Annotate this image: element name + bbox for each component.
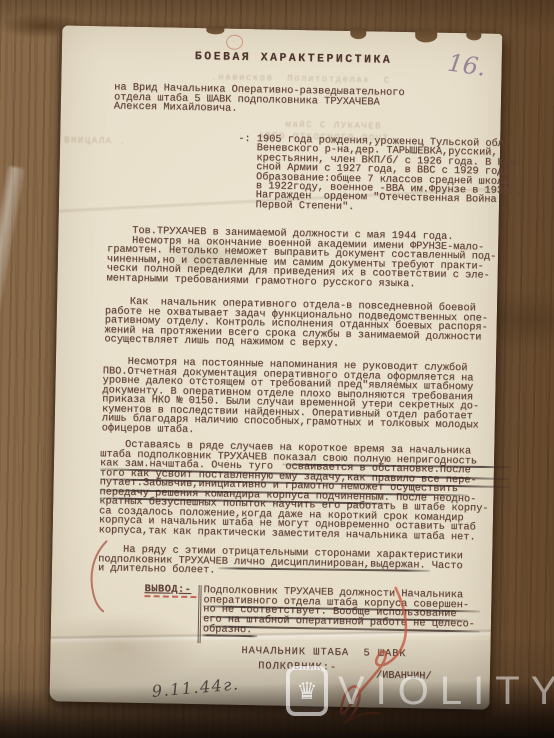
torn-edge-notch (415, 29, 437, 42)
watermark: ♛ VIOLITY (286, 666, 554, 716)
photo-of-document: 16. БОЕВАЯ ХАРАКТЕРИСТИКА .нависков Поли… (0, 0, 554, 738)
handwritten-date: 9.11.44г. (151, 674, 240, 700)
document-title: БОЕВАЯ ХАРАКТЕРИСТИКА (195, 52, 393, 65)
pen-underline (202, 634, 258, 637)
paragraph-3: Несмотря на постоянные напоминания не ру… (102, 357, 480, 440)
glass-strip (0, 166, 25, 317)
conclusion-label: ВЫВОД:- (144, 585, 191, 595)
paragraph-5: На ряду с этими отрицательными сторонами… (98, 545, 463, 580)
red-margin-mark (81, 538, 114, 615)
torn-edge-notch (206, 26, 224, 34)
red-dashed-underline (144, 595, 196, 598)
watermark-crown-badge: ♛ (286, 666, 328, 716)
pencil-page-number: 16. (446, 49, 488, 82)
torn-edge-notch (466, 31, 482, 41)
offset-print-artifact: майС С ЛУКАЧЕВ (285, 120, 382, 132)
address-block: на Врид Начальника Оперативно-разведыват… (114, 83, 405, 117)
paragraph-1: Тов.ТРУХАЧЕВ в занимаемой должности с ма… (106, 226, 496, 290)
offset-print-artifact: ВНИЦАЛА . (64, 135, 126, 146)
crown-icon: ♛ (296, 679, 318, 703)
torn-edge-notch (350, 28, 366, 39)
paragraph-2: Как начальник оперативного отдела-в повс… (104, 297, 488, 352)
bio-block: -: 1905 года рождения,уроженец Тульской … (237, 135, 523, 216)
red-circle-mark (225, 34, 244, 51)
watermark-text: VIOLITY (338, 669, 554, 714)
document-paper: 16. БОЕВАЯ ХАРАКТЕРИСТИКА .нависков Поли… (49, 25, 502, 709)
